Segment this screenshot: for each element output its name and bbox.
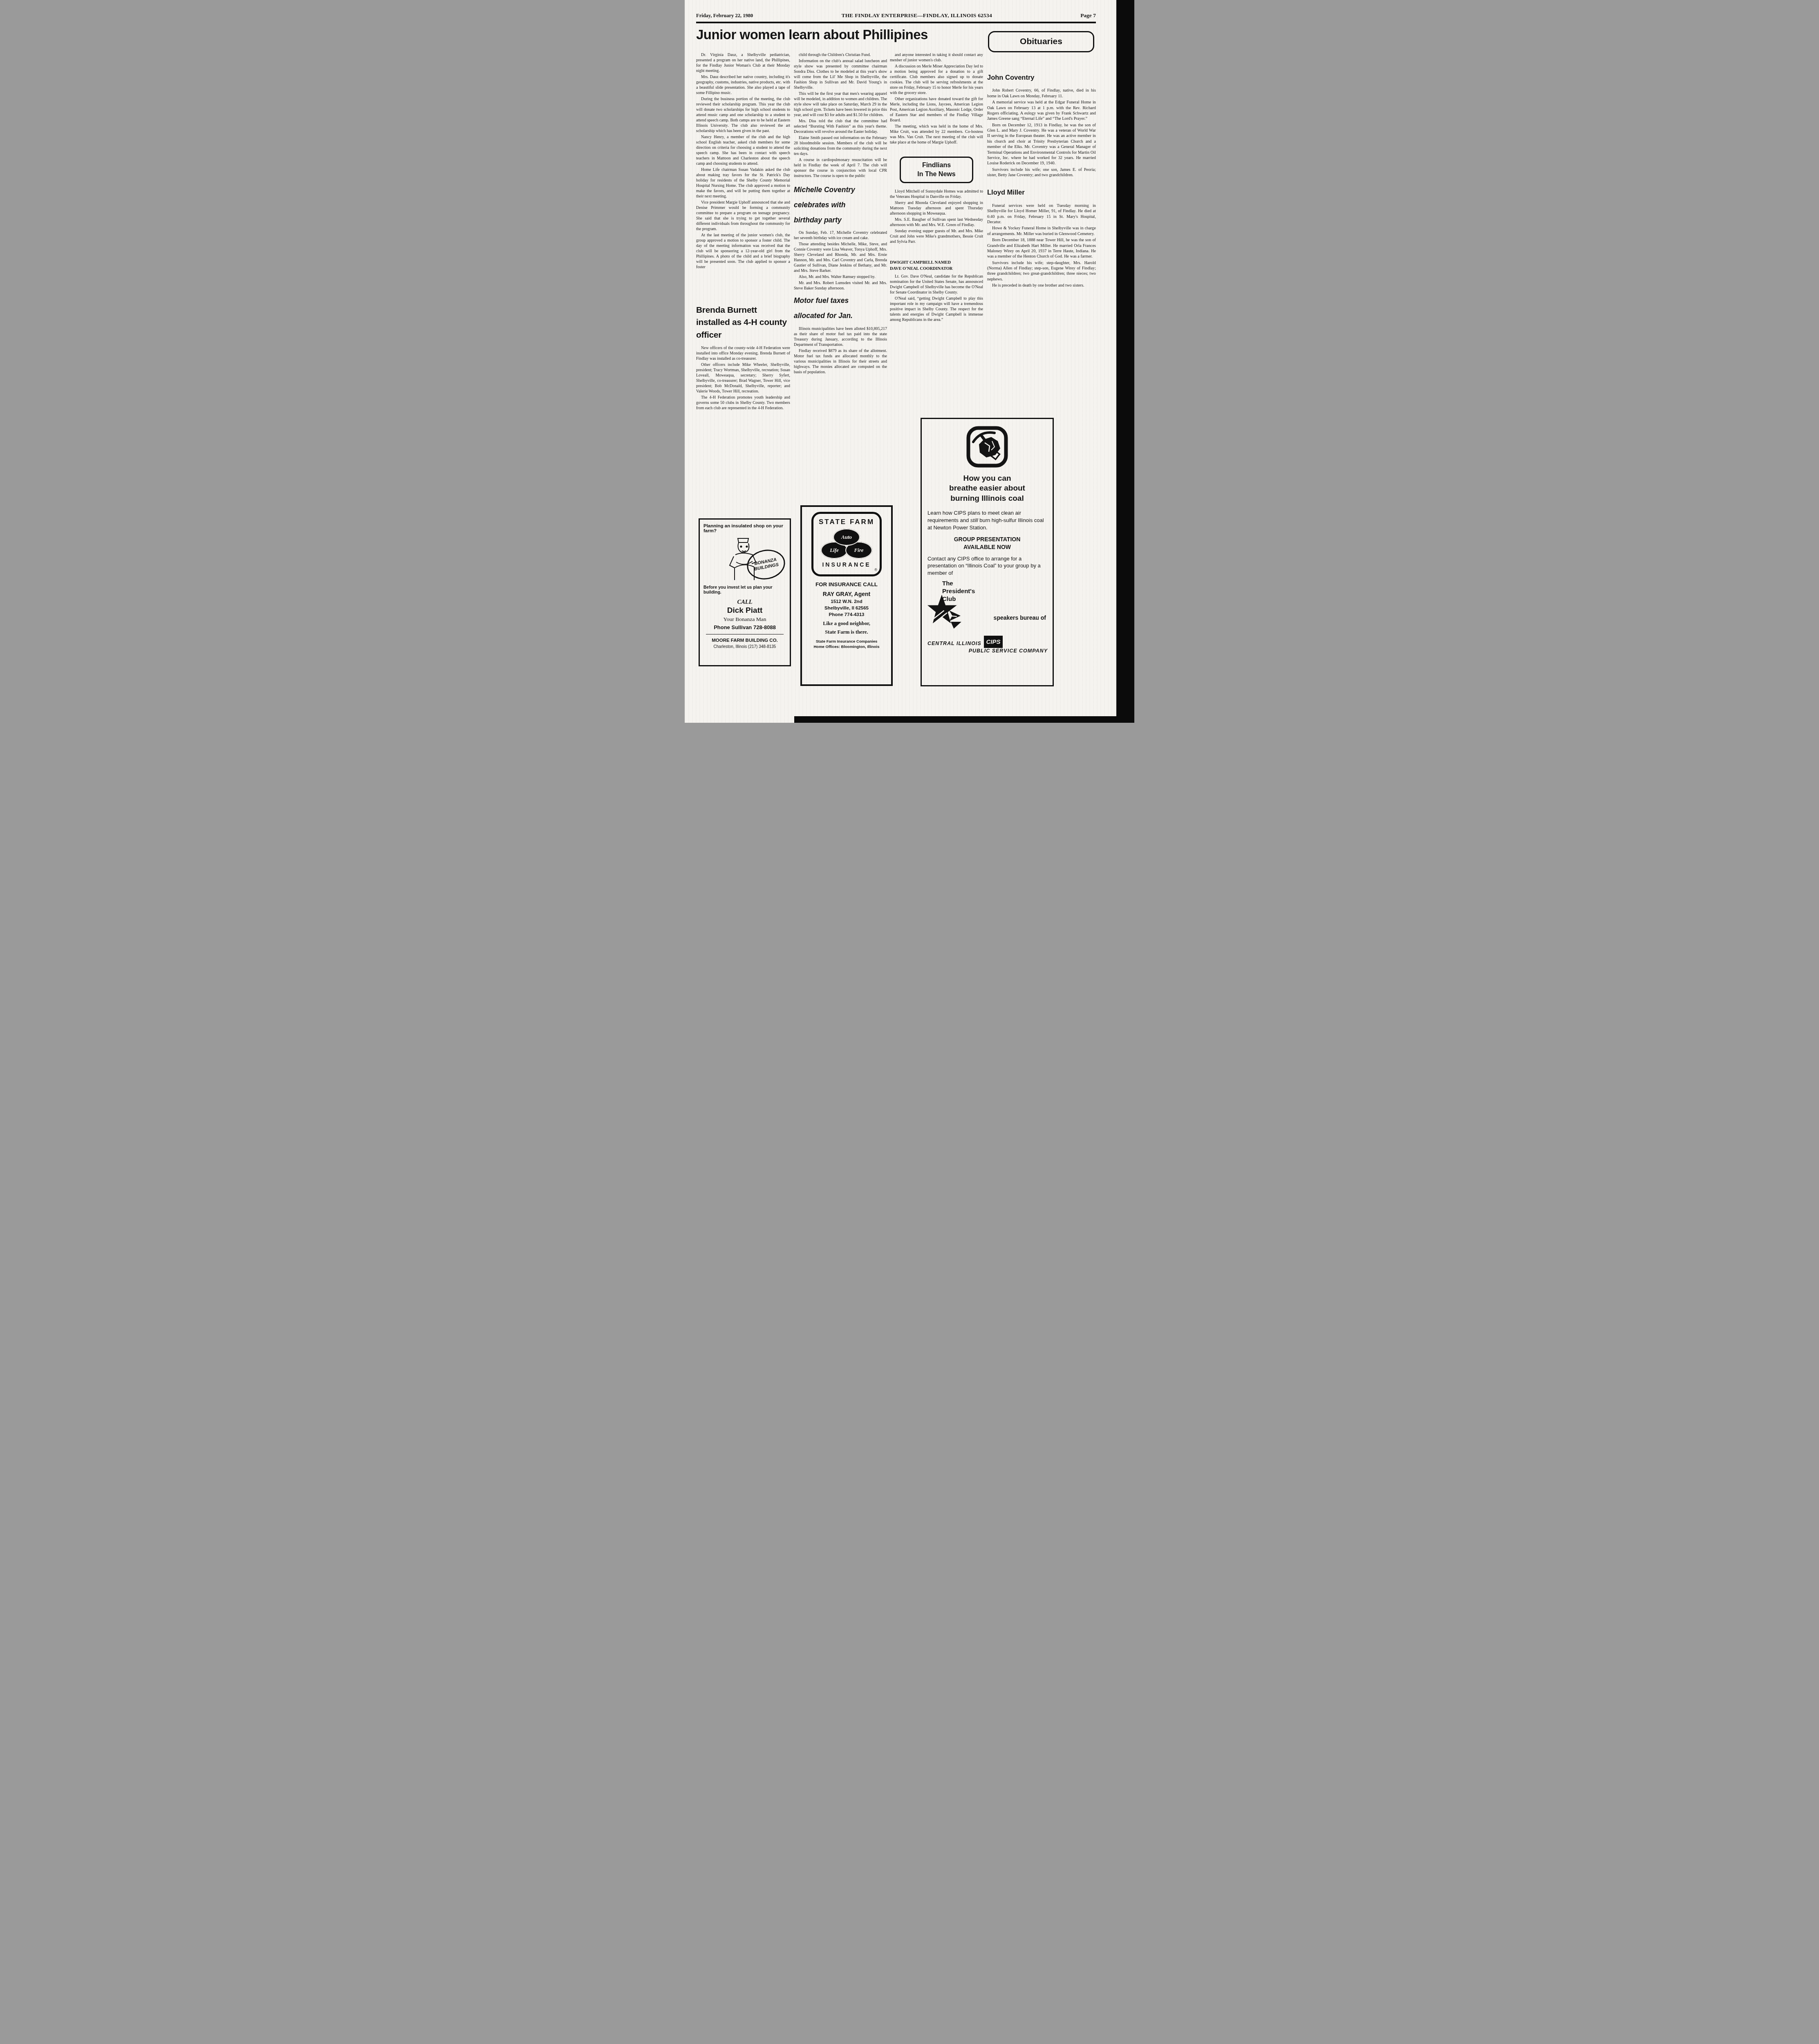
paragraph: Born on December 12, 1913 in Findlay, he… [987,123,1096,166]
for-insurance-call: FOR INSURANCE CALL [805,581,888,587]
lead-headline: Junior women learn about Phillipines [696,27,966,43]
headline-line: How you can [927,474,1047,484]
paragraph: Howe & Yockey Funeral Home in Shelbyvill… [987,226,1096,237]
masthead-bar: Friday, February 22, 1980 THE FINDLAY EN… [696,12,1096,23]
paragraph: Elaine Smith passed out information on t… [794,135,887,157]
paragraph: On Sunday, Feb. 17, Michelle Coventry ce… [794,230,887,241]
cips-body-text: Learn how CIPS plans to meet clean air r… [927,509,1047,531]
paragraph: Home Life chairman Susan Vadakin asked t… [696,167,790,199]
paragraph: A course in cardiopulmonary resuscitatio… [794,157,887,179]
group-line: AVAILABLE NOW [927,543,1047,551]
bonanza-agent-name: Dick Piatt [703,606,786,615]
paragraph: During the business portion of the meeti… [696,96,790,134]
paragraph: Mr. and Mrs. Robert Lumsden visited Mr. … [794,280,887,291]
bonanza-buildings-ad: Planning an insulated shop on your farm? [699,518,791,666]
michelle-coventry-headline: Michelle Coventry celebrates with birthd… [794,185,887,224]
cips-company-line: CENTRAL ILLINOIS CIPS PUBLIC SERVICE COM… [927,632,1047,653]
paragraph: The meeting, which was held in the home … [890,124,983,145]
paragraph: Sherry and Rhonda Cleveland enjoyed shop… [890,200,983,216]
obituaries-section-header: Obituaries [988,31,1094,52]
state-farm-tri-oval: Auto Life Fire [816,529,877,560]
newspaper-name: THE FINDLAY ENTERPRISE—FINDLAY, ILLINOIS… [841,12,992,19]
paragraph: At the last meeting of the junior women'… [696,233,790,270]
paragraph: Illinois municipalities have been allote… [794,326,887,347]
cips-contact-text: Contact any CIPS office to arrange for a… [927,555,1047,577]
pickaxe-coal-icon [966,426,1008,468]
column-4-obituaries: John Coventry John Robert Coventry, 66, … [987,61,1096,289]
box-title-line: In The News [903,170,970,179]
state-farm-footer-1: State Farm Insurance Companies [805,639,888,645]
paragraph: Those attending besides Michelle, Mike, … [794,242,887,273]
paragraph: A discussion on Merle Miner Appreciation… [890,64,983,96]
obit-lloyd-miller-heading: Lloyd Miller [987,188,1096,197]
scan-black-strip-right [1116,0,1134,723]
agent-name: RAY GRAY, Agent [805,591,888,597]
cips-logo: CIPS [984,636,1003,648]
paragraph: Dr. Virginia Dauz, a Shelbyville pediatr… [696,52,790,74]
bonanza-address: Charleston, Illinois (217) 348-8135 [703,645,786,649]
state-farm-brand: STATE FARM [816,518,877,526]
bonanza-call-word: CALL [703,599,786,606]
paragraph: Born December 18, 1888 near Tower Hill, … [987,238,1096,260]
box-title-line: Findlians [903,161,970,170]
public-service-company-text: PUBLIC SERVICE COMPANY [969,648,1048,654]
bonanza-company: MOORE FARM BUILDING CO. [703,638,786,643]
divider [706,634,784,634]
paragraph: Lt. Gov. Dave O'Neal, candidate for the … [890,274,983,295]
obit-john-coventry-heading: John Coventry [987,74,1096,82]
paragraph: Mrs. Dauz described her native country, … [696,74,790,96]
paragraph: and anyone interested in taking it shoul… [890,52,983,63]
paragraph: Also, Mr. and Mrs. Walter Ramsey stopped… [794,274,887,280]
headline-line: Motor fuel taxes [794,296,887,305]
headline-line: celebrates with [794,200,887,210]
paragraph: child through the Children's Christian F… [794,52,887,58]
presidents-club-block: The President's Club speakers bureau of [927,580,1047,632]
cips-coal-ad: How you can breathe easier about burning… [921,418,1054,686]
motor-fuel-headline: Motor fuel taxes allocated for Jan. [794,296,887,320]
agent-address-2: Shelbyville, Il 62565 [805,606,888,611]
heading-line: DAVE O'NEAL COORDINATOR [890,266,983,272]
bonanza-before-line: Before you invest let us plan your build… [703,585,786,595]
slogan-line-1: Like a good neighbor, [805,621,888,627]
paragraph: Lloyd Mitchell of Sunnydale Homes was ad… [890,189,983,199]
slogan-line-2: State Farm is there. [805,629,888,635]
central-illinois-text: CENTRAL ILLINOIS [927,641,981,646]
state-farm-footer-2: Home Offices: Bloomington, Illinois [805,645,888,650]
paragraph: Mrs. S.E. Baugher of Sullivan spent last… [890,217,983,228]
presidents-club-star-icon [927,594,965,632]
cips-headline: How you can breathe easier about burning… [927,474,1047,504]
headline-line: allocated for Jan. [794,311,887,320]
issue-date: Friday, February 22, 1980 [696,13,753,19]
speakers-bureau-line: speakers bureau of [994,614,1046,621]
state-farm-ad: STATE FARM Auto Life Fire INSURANCE ® FO… [800,505,893,686]
paragraph: John Robert Coventry, 66, of Findlay, na… [987,88,1096,99]
paragraph: Survivors include his wife; one son, Jam… [987,167,1096,178]
agent-phone: Phone 774-4313 [805,612,888,617]
headline-line: breathe easier about [927,484,1047,493]
paragraph: He is preceded in death by one brother a… [987,283,1096,288]
page-number: Page 7 [1080,12,1096,19]
headline-line: burning Illinois coal [927,494,1047,504]
scan-black-strip-bottom [794,716,1134,723]
paragraph: Other organizations have donated toward … [890,96,983,123]
paragraph: Findlay received $879 as its share of th… [794,348,887,375]
paragraph: O'Neal said, “getting Dwight Campbell to… [890,296,983,323]
insurance-word: INSURANCE [816,561,877,568]
paragraph: Vice president Margie Uphoff announced t… [696,200,790,232]
paragraph: Survivors include his wife; step-daughte… [987,260,1096,282]
bonanza-tagline: Your Bonanza Man [703,616,786,623]
paragraph: Sunday evening supper guests of Mr. and … [890,229,983,244]
bonanza-phone: Phone Sullivan 728-8088 [703,624,786,630]
paragraph: Information on the club's annual salad l… [794,58,887,90]
auto-oval: Auto [833,529,860,546]
bonanza-headline: Planning an insulated shop on your farm? [703,524,786,533]
body-text-italic: still [970,517,978,523]
paragraph: Funeral services were held on Tuesday mo… [987,203,1096,225]
column-3: and anyone interested in taking it shoul… [890,52,983,323]
club-line: The [942,580,975,588]
state-farm-logo: STATE FARM Auto Life Fire INSURANCE ® [811,512,882,576]
paragraph: The 4-H Federation promotes youth leader… [696,395,790,411]
findlians-in-the-news-box: Findlians In The News [900,157,973,183]
paragraph: Other officers include Mike Wheeler, She… [696,362,790,394]
paragraph: New officers of the county-wide 4-H Fede… [696,345,790,361]
headline-line: birthday party [794,215,887,225]
paragraph: A memorial service was held at the Edgar… [987,100,1096,122]
column-2: child through the Children's Christian F… [794,52,887,376]
paragraph: This will be the first year that men's w… [794,91,887,118]
bonanza-artwork: BONANZA BUILDINGS [703,535,786,583]
brenda-burnett-headline: Brenda Burnett installed as 4-H county o… [696,304,790,341]
headline-line: Michelle Coventry [794,185,887,195]
agent-address-1: 1512 W.N. 2nd [805,599,888,604]
obituaries-title: Obituaries [1020,37,1062,47]
dwight-campbell-heading: DWIGHT CAMPBELL NAMED DAVE O'NEAL COORDI… [890,260,983,272]
paragraph: Nancy Henry, a member of the club and th… [696,134,790,166]
newspaper-page: Friday, February 22, 1980 THE FINDLAY EN… [685,0,1134,723]
group-presentation-lines: GROUP PRESENTATION AVAILABLE NOW [927,536,1047,551]
registered-mark: ® [816,568,877,572]
column-1: Dr. Virginia Dauz, a Shelbyville pediatr… [696,52,790,412]
group-line: GROUP PRESENTATION [927,536,1047,543]
paragraph: Mrs. Diss told the club that the committ… [794,119,887,134]
heading-line: DWIGHT CAMPBELL NAMED [890,260,983,266]
